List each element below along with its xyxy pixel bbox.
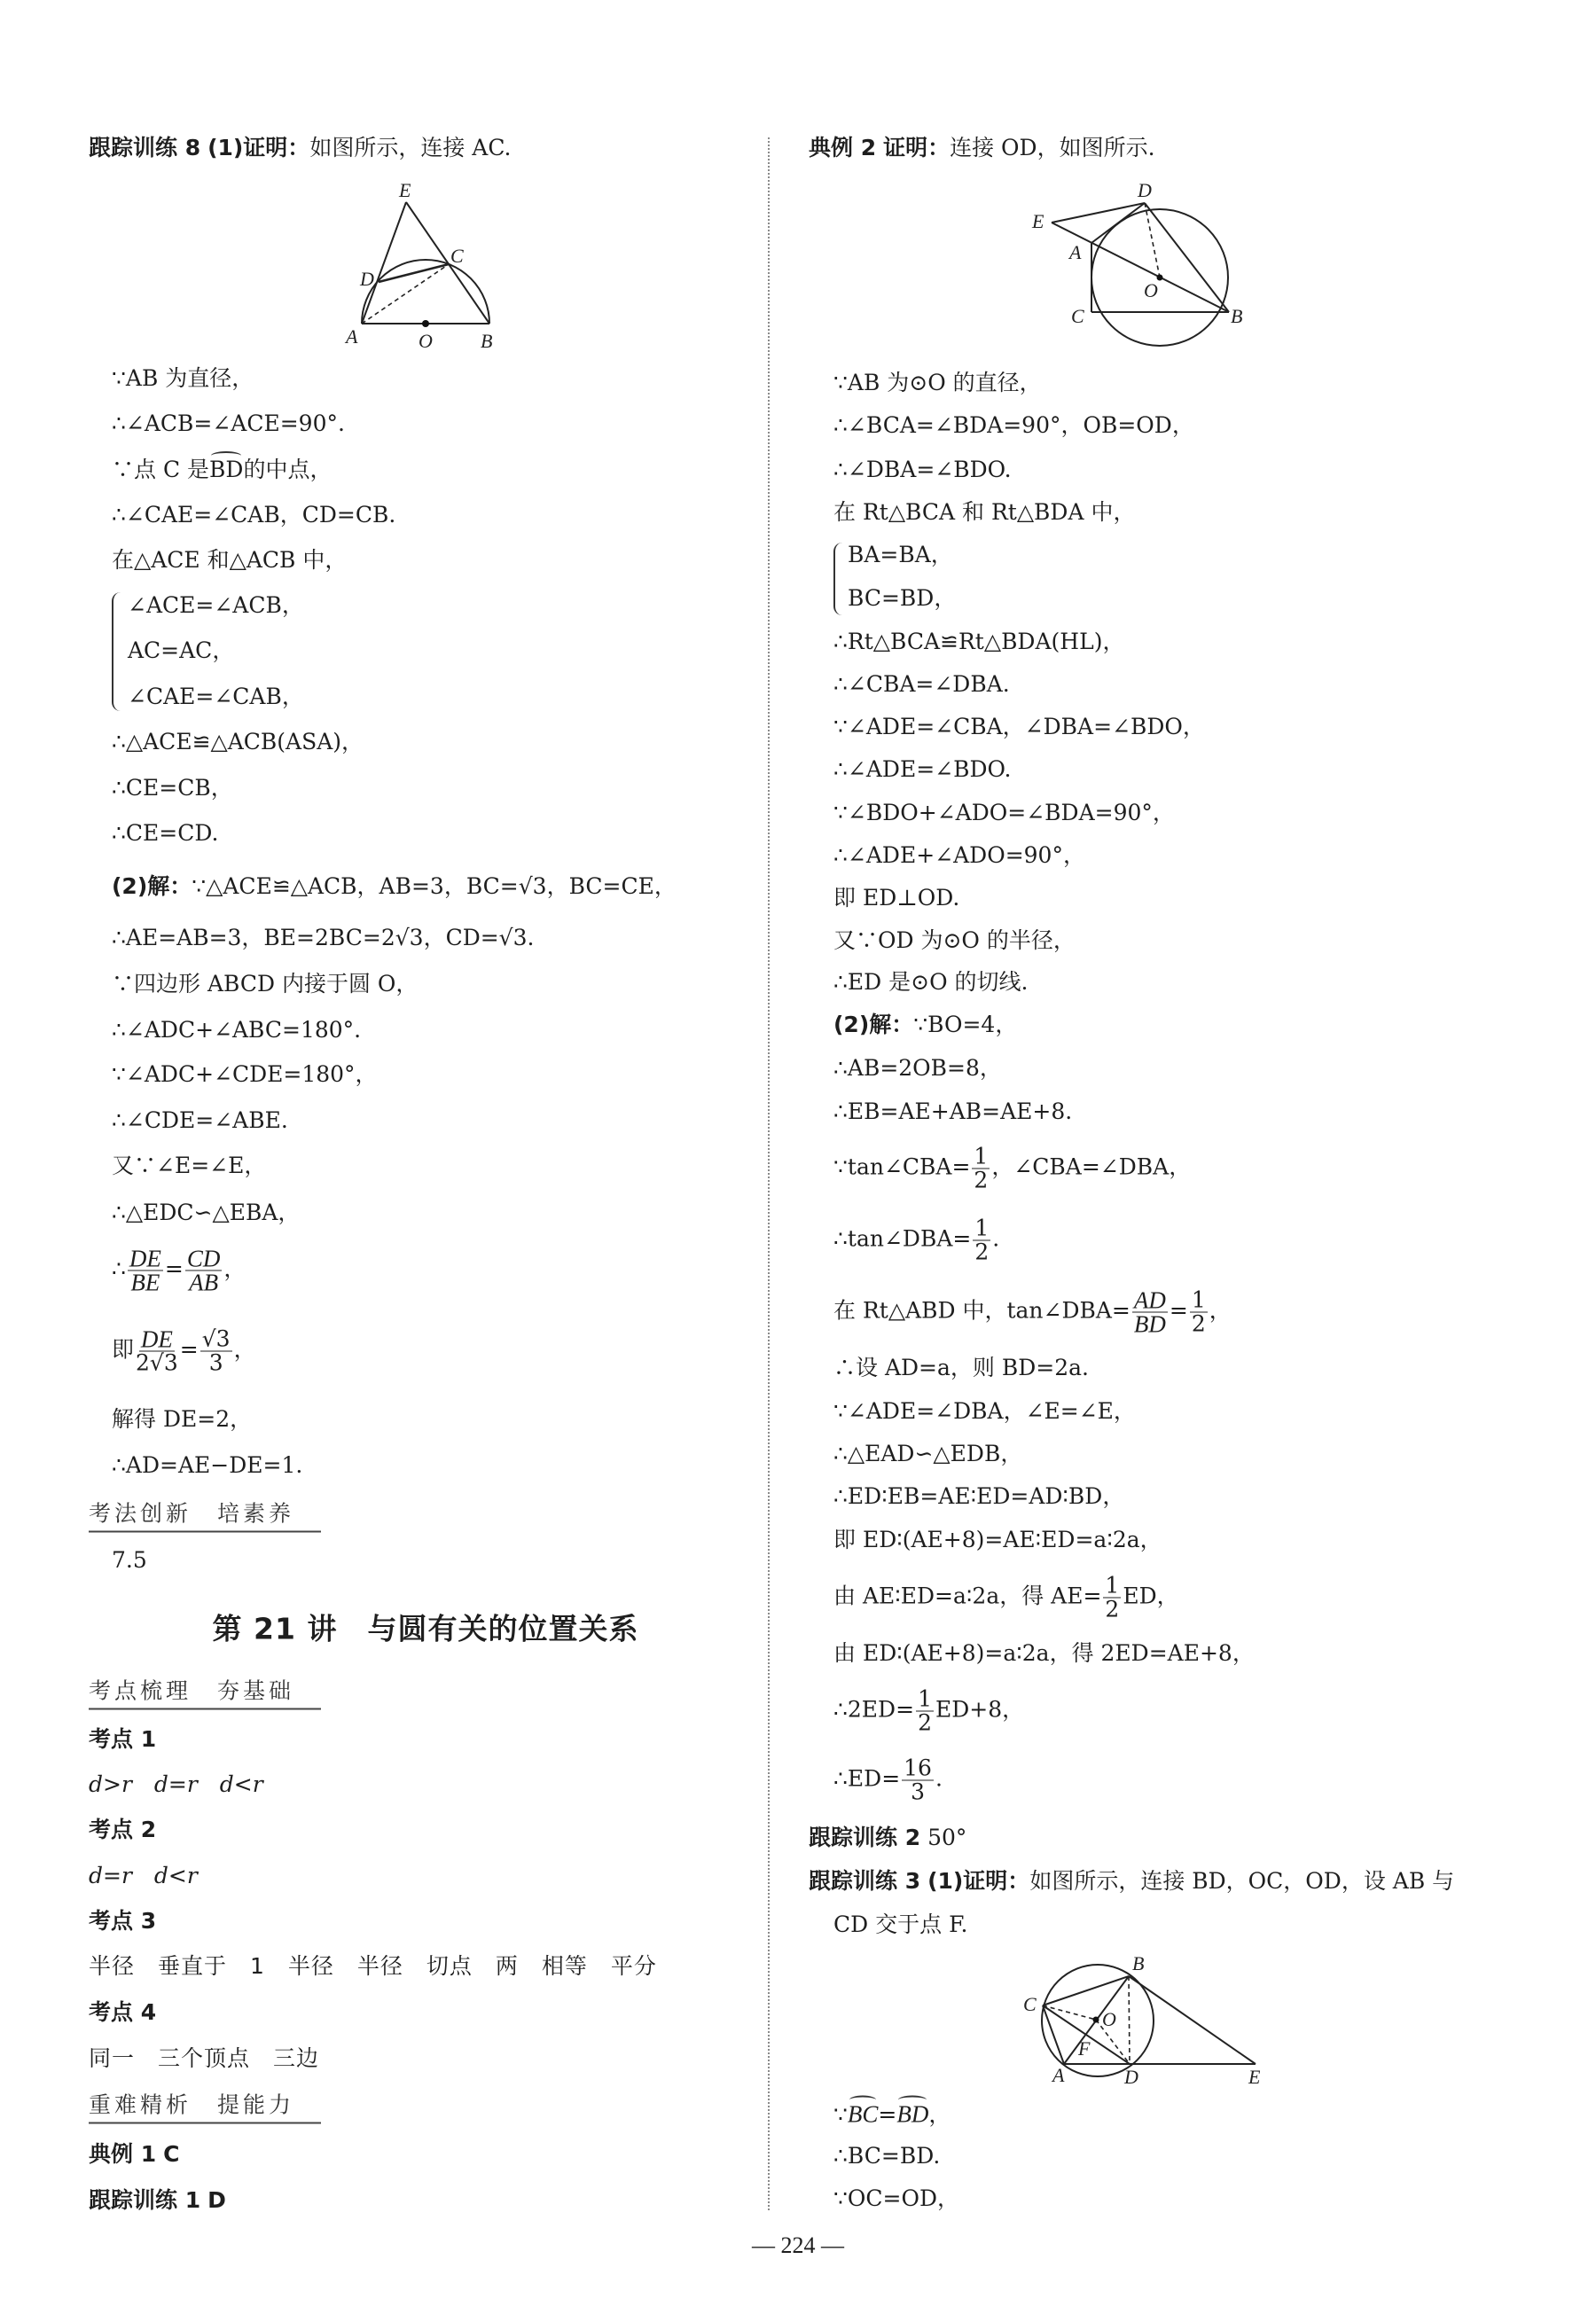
- tan-line-1: ∵tan∠CBA=12，∠CBA=∠DBA，: [833, 1145, 1191, 1192]
- brace-system: [833, 543, 844, 615]
- ratio-line-1: 由 AE∶ED=a∶2a，得 AE=12ED，: [833, 1575, 1179, 1622]
- proof-line: ∴∠ACB=∠ACE=90°.: [112, 409, 345, 439]
- kaodian-answer: d=r d<r: [89, 1861, 198, 1891]
- label-A: A: [1068, 241, 1082, 263]
- proof-line: 即 ED∶(AE+8)=AE∶ED=a∶2a，: [833, 1525, 1162, 1555]
- arc-equality-line: ∵BC=BD，: [833, 2099, 951, 2130]
- label-B: B: [481, 330, 492, 352]
- section-heading-difficulty: 重难精析 提能力: [89, 2088, 321, 2124]
- arc-bd: BD: [896, 2099, 928, 2130]
- label-B: B: [1132, 1952, 1144, 1974]
- result-line: ∴ED=163.: [833, 1757, 943, 1804]
- ratio-line-2: 由 ED∶(AE+8)=a∶2a，得 2ED=AE+8，: [833, 1638, 1255, 1669]
- label-E: E: [1031, 210, 1044, 232]
- proof-line: 即 ED⊥OD.: [833, 883, 959, 913]
- label-D: D: [359, 268, 374, 290]
- system-line: BA=BA，: [848, 540, 953, 570]
- proof-line: ∴∠ADC+∠ABC=180°.: [112, 1015, 361, 1045]
- proof-line: ∴∠DBA=∠BDO.: [833, 455, 1012, 485]
- proof-line: ∴ED 是⊙O 的切线.: [833, 967, 1028, 997]
- label-O: O: [1102, 2008, 1116, 2030]
- label-D: D: [1123, 2066, 1138, 2088]
- proof-line: ∵∠ADE=∠CBA，∠DBA=∠BDO，: [833, 712, 1205, 742]
- kaodian-label: 考点 4: [89, 1997, 156, 2028]
- label-F: F: [1077, 2037, 1091, 2060]
- tan-line-2: ∴tan∠DBA=12.: [833, 1217, 999, 1264]
- label-A: A: [1051, 2064, 1065, 2086]
- proof-line: ∵∠ADC+∠CDE=180°，: [112, 1059, 378, 1090]
- proof-line: 又∵OD 为⊙O 的半径，: [833, 926, 1076, 956]
- training3-header: 跟踪训练 3 (1)证明：如图所示，连接 BD，OC，OD，设 AB 与: [809, 1866, 1454, 1896]
- proof-line: ∴△EDC∽△EBA，: [112, 1198, 300, 1228]
- proof-line: ∴AE=AB=3，BE=2BC=2√3，CD=√3.: [112, 923, 534, 953]
- section-heading-innovation: 考法创新 培素养: [89, 1497, 321, 1533]
- example1-answer: 典例 1 C: [89, 2139, 179, 2169]
- label-O: O: [1144, 279, 1158, 301]
- label-B: B: [1231, 305, 1242, 327]
- proof-line: ∴∠BCA=∠BDA=90°，OB=OD，: [833, 410, 1194, 441]
- proof-line: 在 Rt△BCA 和 Rt△BDA 中，: [833, 497, 1135, 528]
- system-line: ∠ACE=∠ACB，: [128, 590, 304, 621]
- ratio-line-3: ∴2ED=12ED+8，: [833, 1688, 1024, 1735]
- proof-line: 又∵∠E=∠E，: [112, 1151, 266, 1181]
- fraction-line-2: 即DE2√3=√33，: [112, 1328, 256, 1375]
- diagram-circle-chords: B C O F A D E: [1011, 1950, 1277, 2092]
- brace-system: [112, 592, 122, 711]
- proof-line: ∵AB 为直径，: [112, 364, 254, 394]
- kaodian-label: 考点 1: [89, 1724, 156, 1755]
- proof-line: ∴∠CBA=∠DBA.: [833, 669, 1010, 700]
- innovation-answer: 7.5: [112, 1545, 147, 1575]
- arc-bd: BD: [209, 455, 243, 485]
- proof-line: ∵∠BDO+∠ADO=∠BDA=90°，: [833, 798, 1175, 828]
- part2-first-line: (2)解：∵BO=4，: [833, 1010, 1017, 1040]
- system-line: BC=BD，: [848, 583, 956, 614]
- system-line: ∠CAE=∠CAB，: [128, 682, 304, 712]
- proof-line: ∴设 AD=a，则 BD=2a.: [833, 1353, 1089, 1383]
- proof-line: ∴∠CAE=∠CAB，CD=CB.: [112, 500, 395, 530]
- kaodian-label: 考点 2: [89, 1815, 156, 1845]
- label-C: C: [450, 245, 464, 267]
- problem8-header: 跟踪训练 8 (1)证明：如图所示，连接 AC.: [89, 133, 512, 163]
- label-E: E: [1248, 2066, 1261, 2088]
- proof-line: ∴∠ADE=∠BDO.: [833, 754, 1012, 785]
- proof-line: ∴ED∶EB=AE∶ED=AD∶BD，: [833, 1481, 1124, 1512]
- label-C: C: [1071, 305, 1084, 327]
- kaodian-answer: d>r d=r d<r: [89, 1770, 263, 1800]
- training3-continuation: CD 交于点 F.: [833, 1910, 967, 1940]
- proof-line: ∴∠CDE=∠ABE.: [112, 1106, 288, 1136]
- training1-answer: 跟踪训练 1 D: [89, 2185, 226, 2216]
- proof-line: ∴∠ADE+∠ADO=90°，: [833, 840, 1085, 871]
- proof-line: ∴AD=AE−DE=1.: [112, 1450, 302, 1481]
- system-line: AC=AC，: [128, 636, 234, 666]
- fraction-line-1: ∴DEBE=CDAB，: [112, 1247, 246, 1294]
- part2-first-line: (2)解：∵△ACE≌△ACB，AB=3，BC=√3，BC=CE，: [112, 872, 677, 902]
- proof-line: ∴AB=2OB=8，: [833, 1053, 1002, 1083]
- proof-line: ∴△ACE≌△ACB(ASA)，: [112, 727, 364, 757]
- proof-line: ∵AB 为⊙O 的直径，: [833, 368, 1042, 398]
- label-A: A: [344, 325, 358, 348]
- training2-answer: 跟踪训练 2 50°: [809, 1823, 966, 1853]
- proof-line: 解得 DE=2，: [112, 1404, 252, 1435]
- proof-line: 在△ACE 和△ACB 中，: [112, 545, 347, 575]
- label-O: O: [419, 330, 433, 352]
- tan-line-3: 在 Rt△ABD 中，tan∠DBA=ADBD=12，: [833, 1289, 1232, 1336]
- arc-bc: BC: [848, 2099, 879, 2130]
- label-E: E: [398, 179, 411, 201]
- proof-line-arc: ∵点 C 是BD的中点，: [112, 455, 332, 485]
- proof-line: ∵OC=OD，: [833, 2184, 959, 2214]
- chapter-title: 第 21 讲 与圆有关的位置关系: [89, 1607, 763, 1648]
- kaodian-answer: 半径 垂直于 1 半径 半径 切点 两 相等 平分: [89, 1951, 657, 1982]
- kaodian-answer: 同一 三个顶点 三边: [89, 2044, 319, 2074]
- proof-line: ∴EB=AE+AB=AE+8.: [833, 1097, 1072, 1127]
- proof-line: ∴Rt△BCA≌Rt△BDA(HL)，: [833, 627, 1124, 657]
- proof-line: ∵四边形 ABCD 内接于圆 O，: [112, 969, 418, 999]
- label-D: D: [1137, 179, 1152, 201]
- diagram-semicircle-triangle: E C D A O B: [337, 173, 514, 359]
- example2-header: 典例 2 证明：连接 OD，如图所示.: [809, 133, 1155, 163]
- proof-line: ∵∠ADE=∠DBA，∠E=∠E，: [833, 1396, 1136, 1427]
- kaodian-label: 考点 3: [89, 1906, 156, 1936]
- page-number: — 224 —: [0, 2232, 1596, 2259]
- proof-line: ∴CE=CB，: [112, 773, 233, 803]
- column-divider: [768, 137, 770, 2210]
- proof-line: ∴△EAD∽△EDB，: [833, 1439, 1022, 1469]
- proof-line: ∴CE=CD.: [112, 818, 218, 848]
- diagram-circle-tangent: D E A O C B: [1020, 173, 1268, 368]
- section-heading-basics: 考点梳理 夯基础: [89, 1674, 321, 1710]
- proof-line: ∴BC=BD.: [833, 2141, 940, 2171]
- label-C: C: [1023, 1993, 1037, 2015]
